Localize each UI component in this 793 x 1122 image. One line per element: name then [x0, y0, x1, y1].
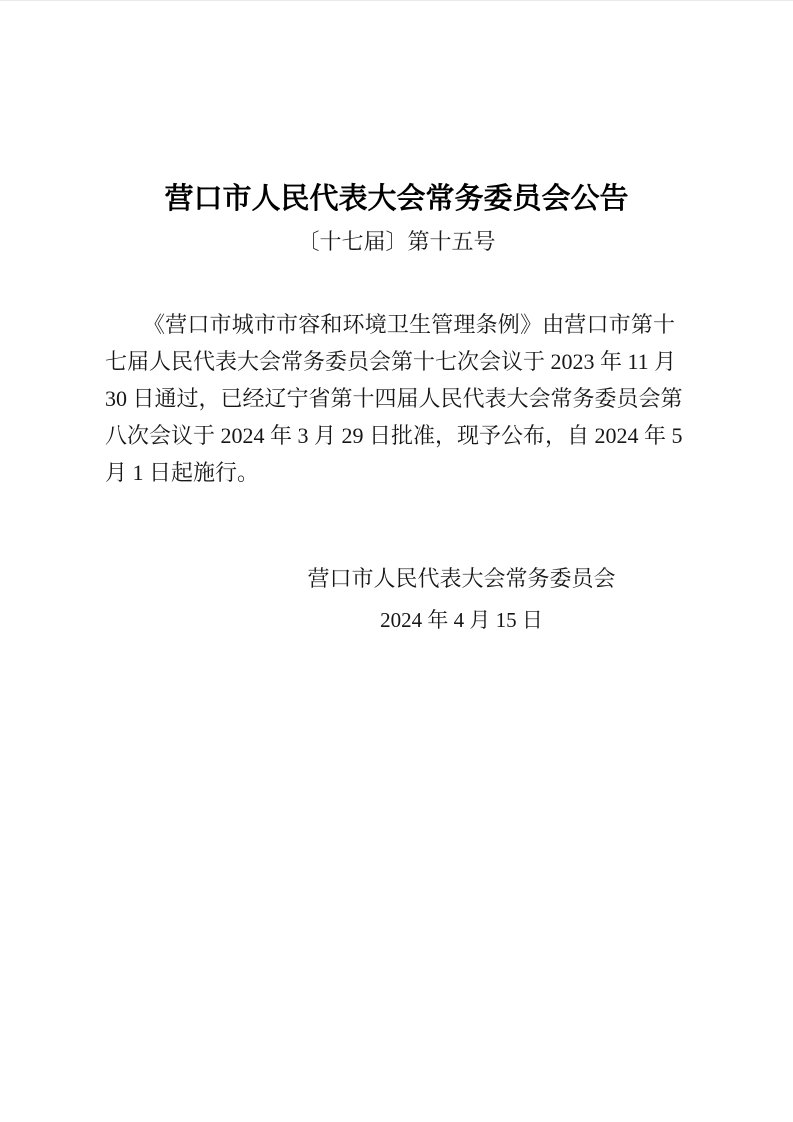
issuing-authority: 营口市人民代表大会常务委员会: [130, 567, 793, 590]
body-line: 七届人民代表大会常务委员会第十七次会议于 2023 年 11 月: [105, 343, 675, 380]
issue-date: 2024 年 4 月 15 日: [130, 609, 793, 631]
body-line: 《营口市城市市容和环境卫生管理条例》由营口市第十: [105, 306, 675, 343]
body-line: 30 日通过，已经辽宁省第十四届人民代表大会常务委员会第: [105, 380, 675, 417]
signature-block: 营口市人民代表大会常务委员会 2024 年 4 月 15 日: [130, 567, 793, 631]
document-page: 营口市人民代表大会常务委员会公告 〔十七届〕第十五号 《营口市城市市容和环境卫生…: [0, 0, 793, 1122]
body-line: 月 1 日起施行。: [105, 454, 675, 491]
announcement-body: 《营口市城市市容和环境卫生管理条例》由营口市第十 七届人民代表大会常务委员会第十…: [105, 306, 675, 491]
document-number: 〔十七届〕第十五号: [0, 230, 793, 254]
announcement-title: 营口市人民代表大会常务委员会公告: [0, 184, 793, 214]
body-line: 八次会议于 2024 年 3 月 29 日批准，现予公布，自 2024 年 5: [105, 417, 675, 454]
